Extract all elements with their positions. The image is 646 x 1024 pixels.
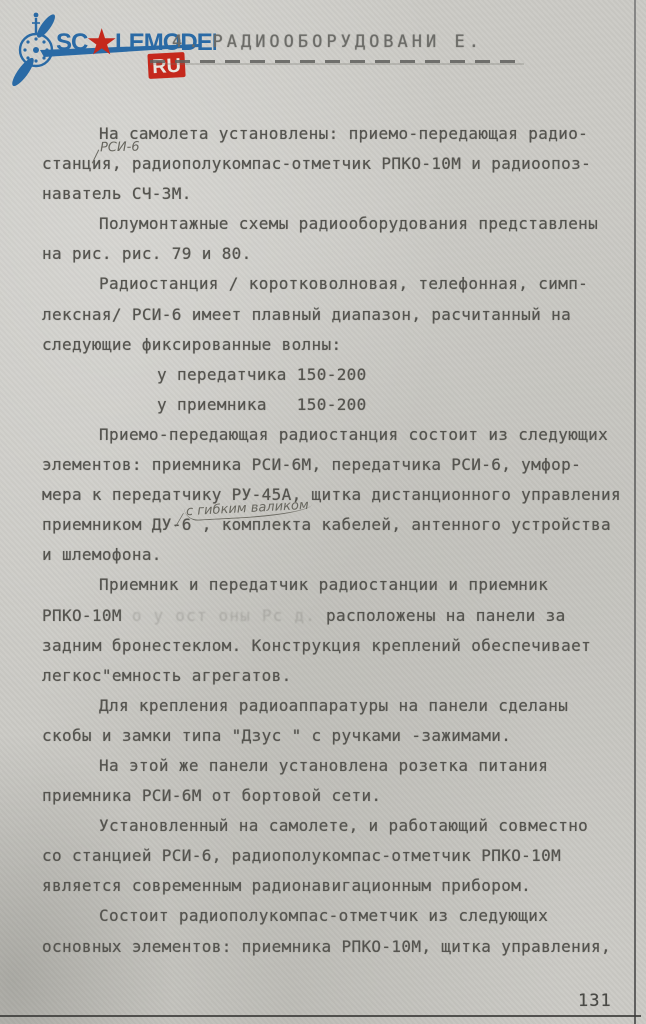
handwritten-annotation-rsi6: РСИ-6: [100, 140, 140, 156]
text-line: следующие фиксированные волны:: [42, 330, 642, 360]
text-line: мера к передатчику РУ-45А, щитка дистанц…: [42, 480, 642, 510]
text-line: у приемника 150-200: [42, 390, 642, 420]
text-line: со станцией РСИ-6, радиополукомпас-отмет…: [42, 841, 642, 871]
section-number: 4.: [172, 32, 204, 52]
text-line: Установленный на самолете, и работающий …: [42, 811, 642, 841]
text-line: наватель СЧ-3М.: [42, 179, 642, 209]
text-segment: РПКО-10М: [42, 606, 132, 625]
text-line: Радиостанция / коротковолновая, телефонн…: [42, 269, 642, 299]
text-line: скобы и замки типа "Дзус " с ручками -за…: [42, 721, 642, 751]
text-line: приемником ДУ-6 , комплекта кабелей, ант…: [42, 510, 642, 540]
scan-edge-bottom-line: [0, 1015, 641, 1017]
text-line: легкос"емность агрегатов.: [42, 661, 642, 691]
ru-stamp: RU: [147, 52, 185, 79]
text-line: Приемо-передающая радиостанция состоит и…: [42, 420, 642, 450]
scanned-document-page: SC★LEMODELS RU 4.РАДИООБОРУДОВАНИ Е. На …: [0, 0, 646, 1024]
text-line: РПКО-10М о у ост оны Рс д. расположены н…: [42, 601, 642, 631]
text-line: Полумонтажные схемы радиооборудования пр…: [42, 209, 642, 239]
section-title: 4.РАДИООБОРУДОВАНИ Е.: [172, 32, 483, 52]
text-line: задним бронестеклом. Конструкция креплен…: [42, 631, 642, 661]
ru-stamp-label: RU: [152, 55, 182, 78]
faded-erased-text: о у ост оны Рс д.: [132, 606, 316, 625]
text-line: Приемник и передатчик радиостанции и при…: [42, 570, 642, 600]
text-line: На этой же панели установлена розетка пи…: [42, 751, 642, 781]
text-line: является современным радионавигационным …: [42, 871, 642, 901]
text-line: на рис. рис. 79 и 80.: [42, 239, 642, 269]
text-line: элементов: приемника РСИ-6М, передатчика…: [42, 450, 642, 480]
spire-tip: [34, 13, 39, 18]
text-line: основных элементов: приемника РПКО-10М, …: [42, 932, 642, 962]
text-line: приемника РСИ-6М от бортовой сети.: [42, 781, 642, 811]
text-line: и шлемофона.: [42, 540, 642, 570]
text-line: Для крепления радиоаппаратуры на панели …: [42, 691, 642, 721]
text-line: Состоит радиополукомпас-отметчик из след…: [42, 901, 642, 931]
text-line: у передатчика 150-200: [42, 360, 642, 390]
page-number: 131: [578, 991, 612, 1011]
text-segment: расположены на панели за: [316, 606, 566, 625]
title-dashed-underline: [150, 60, 524, 63]
body-text: На самолета установлены: приемо-передающ…: [42, 119, 642, 962]
section-title-text: РАДИООБОРУДОВАНИ Е.: [212, 32, 482, 52]
text-line: лексная/ РСИ-6 имеет плавный диапазон, р…: [42, 300, 642, 330]
scan-edge-vertical-line: [634, 0, 636, 1024]
